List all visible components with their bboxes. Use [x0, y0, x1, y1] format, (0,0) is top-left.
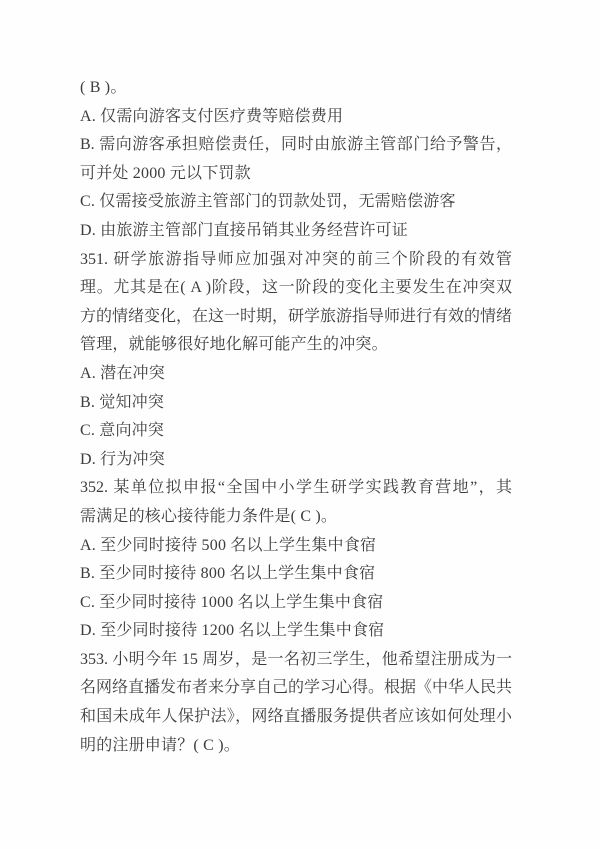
- question-352-option-c: C. 至少同时接待 1000 名以上学生集中食宿: [80, 589, 512, 618]
- question-351-option-a: A. 潜在冲突: [80, 360, 512, 389]
- question-351-stem-line-2: 理。尤其是在( A )阶段，这一阶段的变化主要发生在冲突双: [80, 274, 512, 303]
- prev-question-option-b-line-1: B. 需向游客承担赔偿责任，同时由旅游主管部门给予警告，: [80, 131, 512, 160]
- question-351-option-c: C. 意向冲突: [80, 417, 512, 446]
- question-353-stem-line-3: 和国未成年人保护法》，网络直播服务提供者应该如何处理小: [80, 703, 512, 732]
- question-352-option-b: B. 至少同时接待 800 名以上学生集中食宿: [80, 560, 512, 589]
- question-352-stem-line-1: 352. 某单位拟申报“全国中小学生研学实践教育营地”，其: [80, 474, 512, 503]
- question-352-stem-line-2: 需满足的核心接待能力条件是( C )。: [80, 503, 512, 532]
- question-353-stem-line-1: 353. 小明今年 15 周岁，是一名初三学生，他希望注册成为一: [80, 646, 512, 675]
- prev-question-option-a: A. 仅需向游客支付医疗费等赔偿费用: [80, 103, 512, 132]
- question-351-stem-line-1: 351. 研学旅游指导师应加强对冲突的前三个阶段的有效管: [80, 246, 512, 275]
- question-352-option-d: D. 至少同时接待 1200 名以上学生集中食宿: [80, 617, 512, 646]
- prev-question-option-d: D. 由旅游主管部门直接吊销其业务经营许可证: [80, 217, 512, 246]
- prev-question-option-c: C. 仅需接受旅游主管部门的罚款处罚，无需赔偿游客: [80, 188, 512, 217]
- text-block: ( B )。 A. 仅需向游客支付医疗费等赔偿费用 B. 需向游客承担赔偿责任，…: [80, 74, 512, 760]
- question-353-stem-line-4: 明的注册申请？( C )。: [80, 732, 512, 761]
- question-351-stem-line-3: 方的情绪变化，在这一时期，研学旅游指导师进行有效的情绪: [80, 303, 512, 332]
- question-353-stem-line-2: 名网络直播发布者来分享自己的学习心得。根据《中华人民共: [80, 674, 512, 703]
- question-352-option-a: A. 至少同时接待 500 名以上学生集中食宿: [80, 532, 512, 561]
- prev-question-answer-line: ( B )。: [80, 74, 512, 103]
- question-351-option-d: D. 行为冲突: [80, 446, 512, 475]
- question-351-stem-line-4: 管理，就能够很好地化解可能产生的冲突。: [80, 331, 512, 360]
- prev-question-option-b-line-2: 可并处 2000 元以下罚款: [80, 160, 512, 189]
- question-351-option-b: B. 觉知冲突: [80, 389, 512, 418]
- document-page: ( B )。 A. 仅需向游客支付医疗费等赔偿费用 B. 需向游客承担赔偿责任，…: [0, 0, 600, 849]
